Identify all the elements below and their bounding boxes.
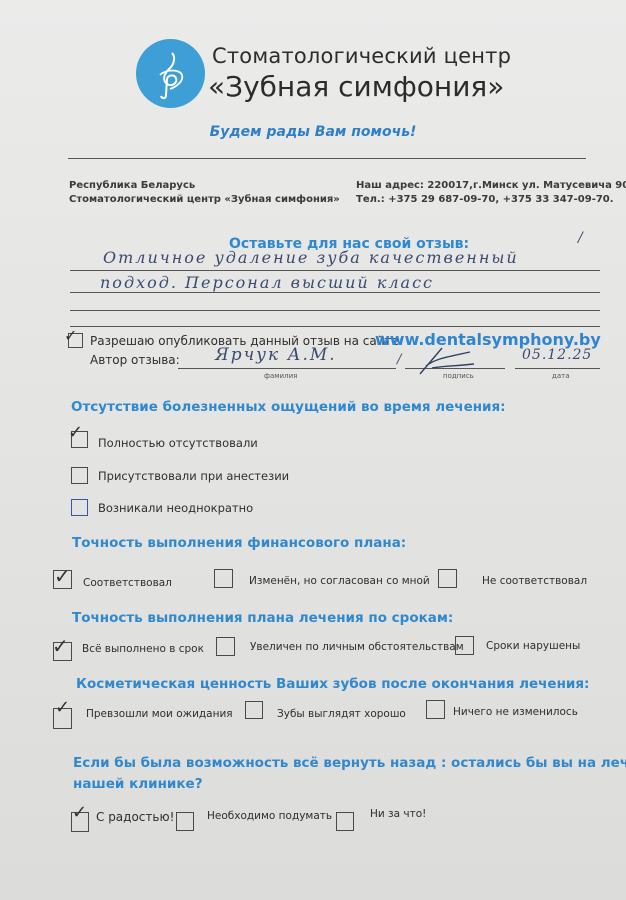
q3-option-1-label: Всё выполнено в срок <box>82 643 204 655</box>
q2-option-2-label: Изменён, но согласован со мной <box>249 575 430 587</box>
address-text: Наш адрес: 220017,г.Минск ул. Матусевича… <box>356 180 626 191</box>
q5-option-1-label: С радостью! <box>96 810 174 824</box>
q4-option-3-label: Ничего не изменилось <box>453 706 578 718</box>
clinic-name-text: Стоматологический центр «Зубная симфония… <box>69 194 340 205</box>
q1-option-3-label: Возникали неоднократно <box>98 501 253 515</box>
review-text-line-2[interactable]: подход. Персонал высший класс <box>100 273 434 292</box>
brand-line-2: «Зубная симфония» <box>208 70 504 103</box>
brand-line-1: Стоматологический центр <box>212 44 511 68</box>
q5-title-line-1: Если бы была возможность всё вернуть наз… <box>73 755 626 771</box>
q2-option-3-checkbox[interactable] <box>438 569 457 588</box>
surname-caption: фамилия <box>264 372 297 380</box>
q1-check-mark-icon: ✓ <box>68 424 83 442</box>
separator-slash: / <box>397 352 401 367</box>
q5-check-mark-icon: ✓ <box>72 804 87 822</box>
slogan: Будем рады Вам помочь! <box>0 124 626 140</box>
q4-option-2-label: Зубы выглядят хорошо <box>277 708 406 720</box>
q5-option-2-label: Необходимо подумать <box>207 810 332 822</box>
date-line <box>515 368 600 369</box>
q4-option-2-checkbox[interactable] <box>245 701 263 719</box>
q4-option-3-checkbox[interactable] <box>426 700 445 719</box>
date-caption: дата <box>552 372 570 380</box>
q5-option-2-checkbox[interactable] <box>176 812 194 831</box>
author-name-field[interactable]: Ярчук А.М. <box>215 345 337 365</box>
q3-title: Точность выполнения плана лечения по сро… <box>72 610 453 626</box>
review-line-2 <box>70 292 600 293</box>
q5-option-3-label: Ни за что! <box>370 808 426 820</box>
q5-title-line-2: нашей клинике? <box>73 776 203 792</box>
q2-option-1-label: Соответствовал <box>83 577 172 589</box>
q3-option-3-label: Сроки нарушены <box>486 640 580 652</box>
phone-text: Тел.: +375 29 687-09-70, +375 33 347-09-… <box>356 194 614 205</box>
q1-option-2-label: Присутствовали при анестезии <box>98 469 289 483</box>
q1-option-2-checkbox[interactable] <box>71 467 88 484</box>
q2-check-mark-icon: ✓ <box>54 566 71 586</box>
q3-option-2-checkbox[interactable] <box>216 637 235 656</box>
q3-option-2-label: Увеличен по личным обстоятельствам <box>250 641 464 653</box>
signature-caption: подпись <box>443 372 474 380</box>
review-line-4 <box>70 326 600 327</box>
review-text-line-1[interactable]: Отличное удаление зуба качественный <box>103 248 519 267</box>
q5-option-3-checkbox[interactable] <box>336 812 354 831</box>
q3-option-3-checkbox[interactable] <box>455 636 474 655</box>
header-divider <box>68 158 586 159</box>
q1-title: Отсутствие болезненных ощущений во время… <box>71 399 506 415</box>
q1-option-3-checkbox[interactable] <box>71 499 88 516</box>
q4-option-1-label: Превзошли мои ожидания <box>86 708 233 720</box>
feedback-form-sheet: Стоматологический центр «Зубная симфония… <box>0 0 626 900</box>
consent-check-mark-icon: ✓ <box>64 328 77 344</box>
review-line-1 <box>70 270 600 271</box>
surname-line <box>178 368 396 369</box>
q2-option-3-label: Не соответствовал <box>482 575 587 587</box>
review-line-3 <box>70 310 600 311</box>
author-label: Автор отзыва: <box>90 353 180 367</box>
country-text: Республика Беларусь <box>69 180 195 191</box>
date-field[interactable]: 05.12.25 <box>522 347 592 363</box>
clinic-logo-icon <box>136 39 205 108</box>
q3-check-mark-icon: ✓ <box>52 636 69 656</box>
q4-check-mark-icon: ✓ <box>55 699 70 717</box>
stray-mark: / <box>578 230 583 246</box>
q2-title: Точность выполнения финансового плана: <box>72 535 406 551</box>
q1-option-1-label: Полностью отсутствовали <box>98 436 258 450</box>
q2-option-2-checkbox[interactable] <box>214 569 233 588</box>
q4-title: Косметическая ценность Ваших зубов после… <box>76 676 589 692</box>
